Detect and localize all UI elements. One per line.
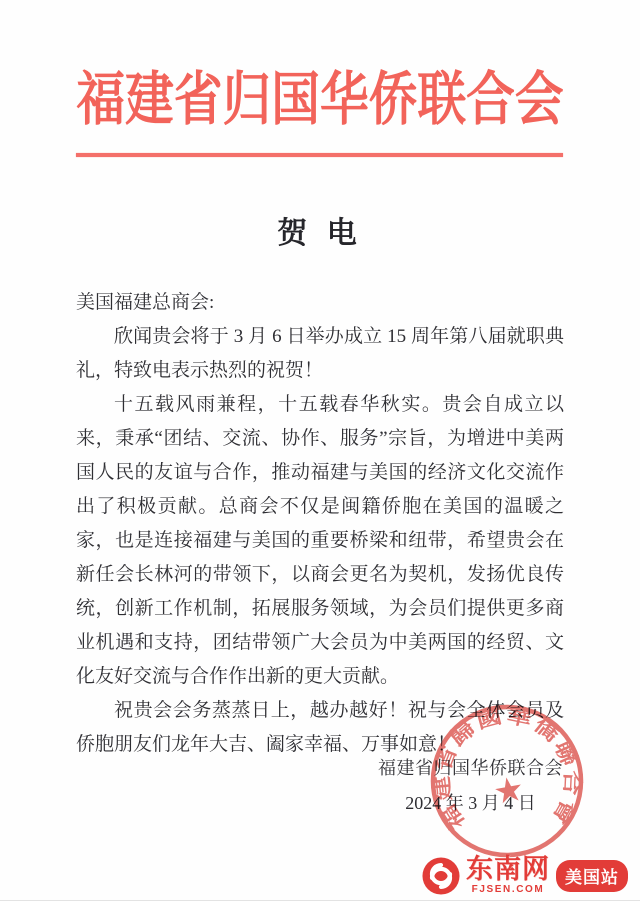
- letter-document: 福建省归国华侨联合会 贺 电 美国福建总商会: 欣闻贵会将于 3 月 6 日举办…: [0, 0, 640, 901]
- official-seal: 福建省歸國華僑聯合會 ★: [415, 689, 598, 872]
- fjsen-text-block: 东南网 FJSEN.COM: [466, 856, 550, 896]
- fjsen-site-domain: FJSEN.COM: [472, 884, 545, 896]
- fjsen-watermark-logo: 东南网 FJSEN.COM 美国站: [422, 856, 628, 896]
- fjsen-knot-icon: [422, 857, 460, 895]
- body-paragraph: 十五载风雨兼程，十五载春华秋实。贵会自成立以来，秉承“团结、交流、协作、服务”宗…: [76, 388, 564, 694]
- salutation: 美国福建总商会:: [76, 286, 564, 320]
- fjsen-site-name: 东南网: [466, 856, 550, 883]
- letterhead-rule: [76, 153, 563, 157]
- seal-star-icon: ★: [491, 770, 527, 812]
- document-title: 贺 电: [0, 208, 640, 252]
- letterhead-title-text: 福建省归国华侨联合会: [76, 62, 563, 138]
- document-body: 美国福建总商会: 欣闻贵会将于 3 月 6 日举办成立 15 周年第八届就职典礼…: [76, 286, 564, 762]
- body-paragraph: 欣闻贵会将于 3 月 6 日举办成立 15 周年第八届就职典礼，特致电表示热烈的…: [76, 320, 564, 388]
- fjsen-station-badge: 美国站: [556, 860, 628, 892]
- letterhead-title: 福建省归国华侨联合会: [0, 62, 640, 138]
- seal-arc-text: 福建省歸國華僑聯合會: [417, 691, 594, 853]
- svg-text:福建省歸國華僑聯合會: 福建省歸國華僑聯合會: [417, 691, 594, 853]
